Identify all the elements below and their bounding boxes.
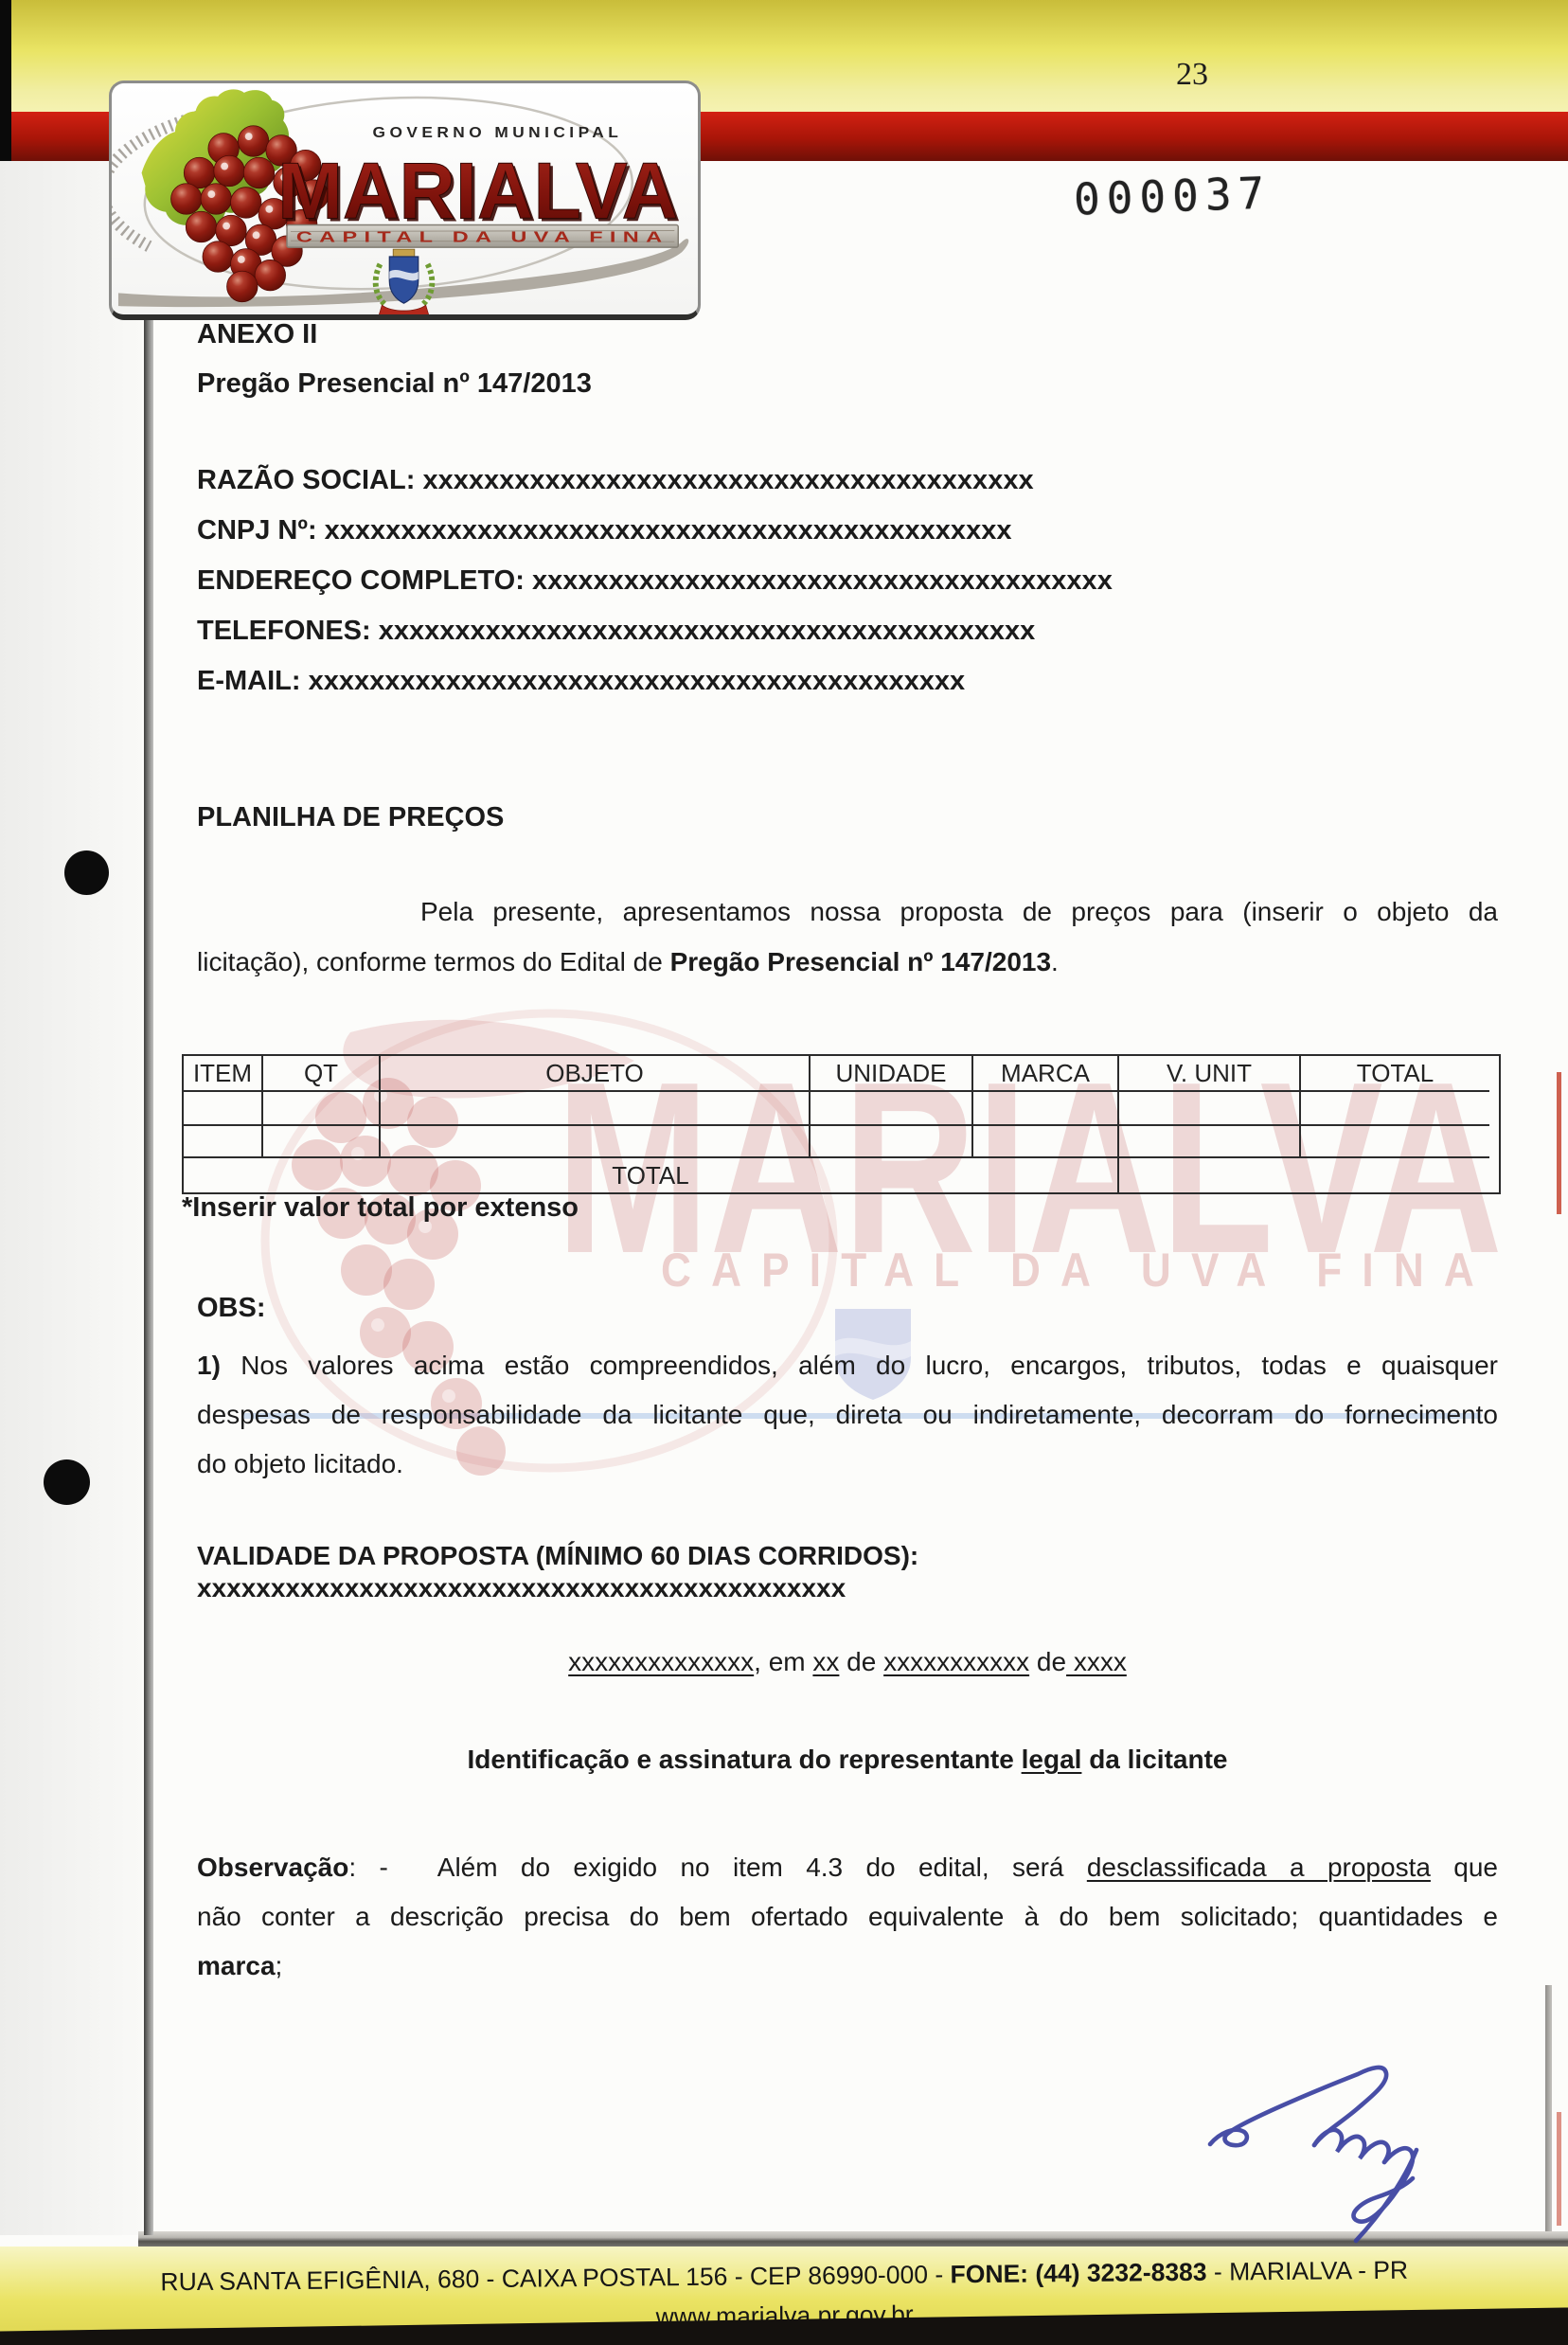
- field-value-placeholder: xxxxxxxxxxxxxxxxxxxxxxxxxxxxxxxxxxxxxxxx…: [309, 666, 966, 696]
- note-line3: marca;: [197, 1942, 1498, 1991]
- empty-cell: [1301, 1126, 1489, 1158]
- field-value-placeholder: xxxxxxxxxxxxxxxxxxxxxxxxxxxxxxxxxxxxxxxx…: [325, 515, 1012, 546]
- total-value-cell: [1119, 1158, 1489, 1192]
- empty-cell: [381, 1092, 811, 1126]
- obs-line1: 1) Nos valores acima estão compreendidos…: [197, 1341, 1498, 1390]
- caption-legal: legal: [1022, 1745, 1082, 1774]
- column-header-total: TOTAL: [1301, 1056, 1489, 1092]
- price-table-header-row: ITEM QT OBJETO UNIDADE MARCA V. UNIT TOT…: [184, 1056, 1499, 1092]
- column-header-item: ITEM: [184, 1056, 263, 1092]
- signature-stroke: [1314, 2130, 1389, 2162]
- scan-red-edge-artifact: [1557, 2112, 1561, 2226]
- note-marca: marca: [197, 1951, 276, 1980]
- price-table-empty-row: [184, 1126, 1499, 1158]
- date-sep: de: [839, 1647, 883, 1676]
- note-text: Além do exigido no item 4.3 do edital, s…: [437, 1853, 1087, 1882]
- column-header-unidade: UNIDADE: [811, 1056, 973, 1092]
- footer-address: - MARIALVA - PR: [1206, 2256, 1408, 2286]
- field-telefones: TELEFONES: xxxxxxxxxxxxxxxxxxxxxxxxxxxxx…: [197, 606, 1498, 656]
- empty-cell: [973, 1092, 1119, 1126]
- logo-city-text: MARIALVA: [277, 146, 678, 236]
- price-table-total-row: TOTAL: [184, 1158, 1499, 1192]
- content-frame-left-border: [144, 159, 153, 2235]
- price-sheet-title: PLANILHA DE PREÇOS: [197, 801, 1498, 833]
- footer-address: RUA SANTA EFIGÊNIA, 680 - CAIXA POSTAL 1…: [160, 2260, 950, 2296]
- bidding-title: Pregão Presencial nº 147/2013: [197, 367, 1498, 400]
- price-table-empty-row: [184, 1092, 1499, 1126]
- obs-line2: despesas de responsabilidade da licitant…: [197, 1390, 1498, 1440]
- place-placeholder: xxxxxxxxxxxxxx: [568, 1647, 754, 1676]
- city-crest: [376, 249, 433, 314]
- date-sep: de: [1029, 1647, 1066, 1676]
- field-label: E-MAIL:: [197, 666, 309, 696]
- validity-line: VALIDADE DA PROPOSTA (MÍNIMO 60 DIAS COR…: [197, 1540, 1498, 1604]
- caption-text: Identificação e assinatura do representa…: [468, 1745, 1022, 1774]
- caption-text: da licitante: [1081, 1745, 1227, 1774]
- field-cnpj: CNPJ Nº: xxxxxxxxxxxxxxxxxxxxxxxxxxxxxxx…: [197, 506, 1498, 556]
- marialva-logo: GOVERNO MUNICIPAL MARIALVA MARIALVA CAPI…: [109, 81, 701, 320]
- validity-value-placeholder: xxxxxxxxxxxxxxxxxxxxxxxxxxxxxxxxxxxxxxxx…: [197, 1573, 846, 1602]
- obs-title: OBS:: [197, 1292, 1498, 1324]
- column-header-marca: MARCA: [973, 1056, 1119, 1092]
- field-value-placeholder: xxxxxxxxxxxxxxxxxxxxxxxxxxxxxxxxxxxxxx: [532, 565, 1113, 596]
- watermark-tagline-text: CAPITAL DA UVA FINA: [661, 1244, 1494, 1297]
- signature-caption: Identificação e assinatura do representa…: [197, 1744, 1498, 1776]
- empty-cell: [263, 1092, 381, 1126]
- field-email: E-MAIL: xxxxxxxxxxxxxxxxxxxxxxxxxxxxxxxx…: [197, 656, 1498, 707]
- empty-cell: [811, 1092, 973, 1126]
- intro-period: .: [1051, 947, 1059, 976]
- total-label-cell: TOTAL: [184, 1158, 1119, 1192]
- note-line2: não conter a descrição precisa do bem of…: [197, 1892, 1498, 1942]
- logo-tagline-text: CAPITAL DA UVA FINA: [296, 229, 669, 245]
- intro-paragraph-line1: Pela presente, apresentamos nossa propos…: [197, 896, 1498, 928]
- field-endereco: ENDEREÇO COMPLETO: xxxxxxxxxxxxxxxxxxxxx…: [197, 556, 1498, 606]
- empty-cell: [184, 1126, 263, 1158]
- note-line1: Observação: -Além do exigido no item 4.3…: [197, 1843, 1498, 1892]
- table-footnote: *Inserir valor total por extenso: [182, 1192, 579, 1224]
- scan-red-edge-artifact: [1557, 1072, 1561, 1214]
- city-date-line: xxxxxxxxxxxxxx, em xx de xxxxxxxxxxx de …: [197, 1646, 1498, 1678]
- footer-address-line: RUA SANTA EFIGÊNIA, 680 - CAIXA POSTAL 1…: [0, 2254, 1568, 2299]
- field-label: CNPJ Nº:: [197, 515, 325, 546]
- empty-cell: [1119, 1092, 1301, 1126]
- punch-hole: [64, 850, 109, 895]
- note-text: ;: [276, 1951, 283, 1980]
- empty-cell: [1119, 1126, 1301, 1158]
- empty-cell: [811, 1126, 973, 1158]
- obs-paragraph: 1) Nos valores acima estão compreendidos…: [197, 1341, 1498, 1489]
- obs-item-number: 1): [197, 1351, 221, 1380]
- note-text: que: [1431, 1853, 1498, 1882]
- logo-tagline-banner: CAPITAL DA UVA FINA: [287, 225, 678, 248]
- note-sep: : -: [348, 1853, 387, 1882]
- empty-cell: [263, 1126, 381, 1158]
- note-underlined-clause: desclassificada a proposta: [1087, 1853, 1431, 1882]
- page-number: 23: [1176, 57, 1208, 93]
- month-placeholder: xxxxxxxxxxx: [883, 1647, 1029, 1676]
- obs-line1-text: Nos valores acima estão compreendidos, a…: [221, 1351, 1498, 1380]
- marialva-logo-graphic: GOVERNO MUNICIPAL MARIALVA MARIALVA CAPI…: [112, 83, 698, 314]
- field-value-placeholder: xxxxxxxxxxxxxxxxxxxxxxxxxxxxxxxxxxxxxxxx…: [379, 616, 1036, 646]
- price-table: ITEM QT OBJETO UNIDADE MARCA V. UNIT TOT…: [182, 1054, 1501, 1194]
- empty-cell: [184, 1092, 263, 1126]
- validity-label: VALIDADE DA PROPOSTA (MÍNIMO 60 DIAS COR…: [197, 1541, 918, 1570]
- intro-bidding-ref: Pregão Presencial nº 147/2013: [670, 947, 1051, 976]
- field-label: ENDEREÇO COMPLETO:: [197, 565, 532, 596]
- empty-cell: [973, 1126, 1119, 1158]
- intro-paragraph-line2: licitação), conforme termos do Edital de…: [197, 946, 1498, 978]
- logo-government-label: GOVERNO MUNICIPAL: [373, 125, 623, 141]
- signature-stroke: [1210, 2068, 1386, 2145]
- field-value-placeholder: xxxxxxxxxxxxxxxxxxxxxxxxxxxxxxxxxxxxxxxx: [422, 465, 1033, 495]
- annex-title: ANEXO II: [197, 318, 1498, 350]
- field-razao-social: RAZÃO SOCIAL: xxxxxxxxxxxxxxxxxxxxxxxxxx…: [197, 456, 1498, 506]
- punch-hole: [44, 1459, 90, 1505]
- column-header-vunit: V. UNIT: [1119, 1056, 1301, 1092]
- scanned-document-page: 23 000037 MARIALVA CAPITAL DA UVA FI: [0, 0, 1568, 2345]
- obs-line3: do objeto licitado.: [197, 1440, 1498, 1489]
- scan-left-gutter: [0, 161, 142, 2235]
- year-placeholder: xxxx: [1066, 1647, 1127, 1676]
- empty-cell: [381, 1126, 811, 1158]
- note-paragraph: Observação: -Além do exigido no item 4.3…: [197, 1843, 1498, 1991]
- field-label: TELEFONES:: [197, 616, 379, 646]
- day-placeholder: xx: [812, 1647, 839, 1676]
- bidder-form: RAZÃO SOCIAL: xxxxxxxxxxxxxxxxxxxxxxxxxx…: [197, 456, 1498, 707]
- column-header-qt: QT: [263, 1056, 381, 1092]
- intro-regular: licitação), conforme termos do Edital de: [197, 947, 670, 976]
- note-label: Observação: [197, 1853, 348, 1882]
- handwritten-signature: [1172, 2038, 1485, 2252]
- field-label: RAZÃO SOCIAL:: [197, 465, 422, 495]
- empty-cell: [1301, 1092, 1489, 1126]
- process-number-stamp: 000037: [1073, 167, 1272, 224]
- content-frame-right-border: [1545, 1985, 1552, 2233]
- footer-phone: FONE: (44) 3232-8383: [950, 2258, 1206, 2289]
- date-sep: , em: [754, 1647, 812, 1676]
- column-header-objeto: OBJETO: [381, 1056, 811, 1092]
